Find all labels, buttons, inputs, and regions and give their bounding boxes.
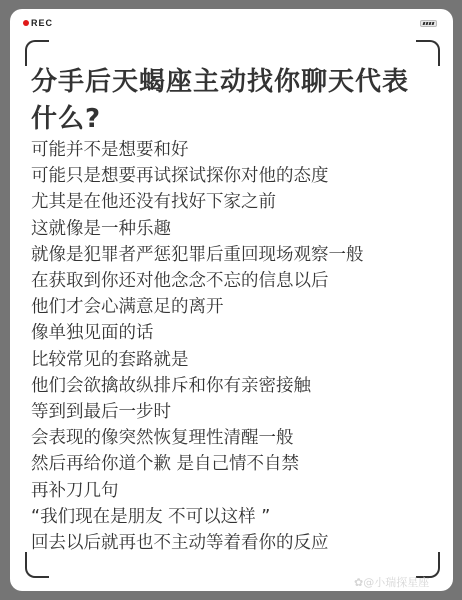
record-dot-icon [23,20,29,26]
body-line: 再补刀几句 [31,478,431,504]
body-line: 在获取到你还对他念念不忘的信息以后 [31,268,431,294]
body-line: “我们现在是朋友 不可以这样 ” [31,504,431,530]
body-line: 这就像是一种乐趣 [31,216,431,242]
body-line: 就像是犯罪者严惩犯罪后重回现场观察一般 [31,242,431,268]
post-title: 分手后天蝎座主动找你聊天代表什么? [31,64,431,138]
body-line: 比较常见的套路就是 [31,347,431,373]
body-line: 回去以后就再也不主动等着看你的反应 [31,530,431,556]
battery-icon [420,20,437,27]
post-body: 可能并不是想要和好 可能只是想要再试探试探你对他的态度 尤其是在他还没有找好下家… [31,137,431,556]
body-line: 像单独见面的话 [31,320,431,346]
body-line: 然后再给你道个歉 是自己情不自禁 [31,451,431,477]
body-line: 尤其是在他还没有找好下家之前 [31,189,431,215]
body-line: 可能并不是想要和好 [31,137,431,163]
body-line: 可能只是想要再试探试探你对他的态度 [31,163,431,189]
body-line: 等到到最后一步时 [31,399,431,425]
body-line: 会表现的像突然恢复理性清醒一般 [31,425,431,451]
watermark: ✿@小瑞探星座 [354,574,429,590]
body-line: 他们会欲擒故纵排斥和你有亲密接触 [31,373,431,399]
body-line: 他们才会心满意足的离开 [31,294,431,320]
rec-indicator: REC [23,18,53,28]
frame-corner-top-right [416,40,440,66]
rec-label: REC [31,18,53,28]
frame-corner-top-left [25,40,49,66]
